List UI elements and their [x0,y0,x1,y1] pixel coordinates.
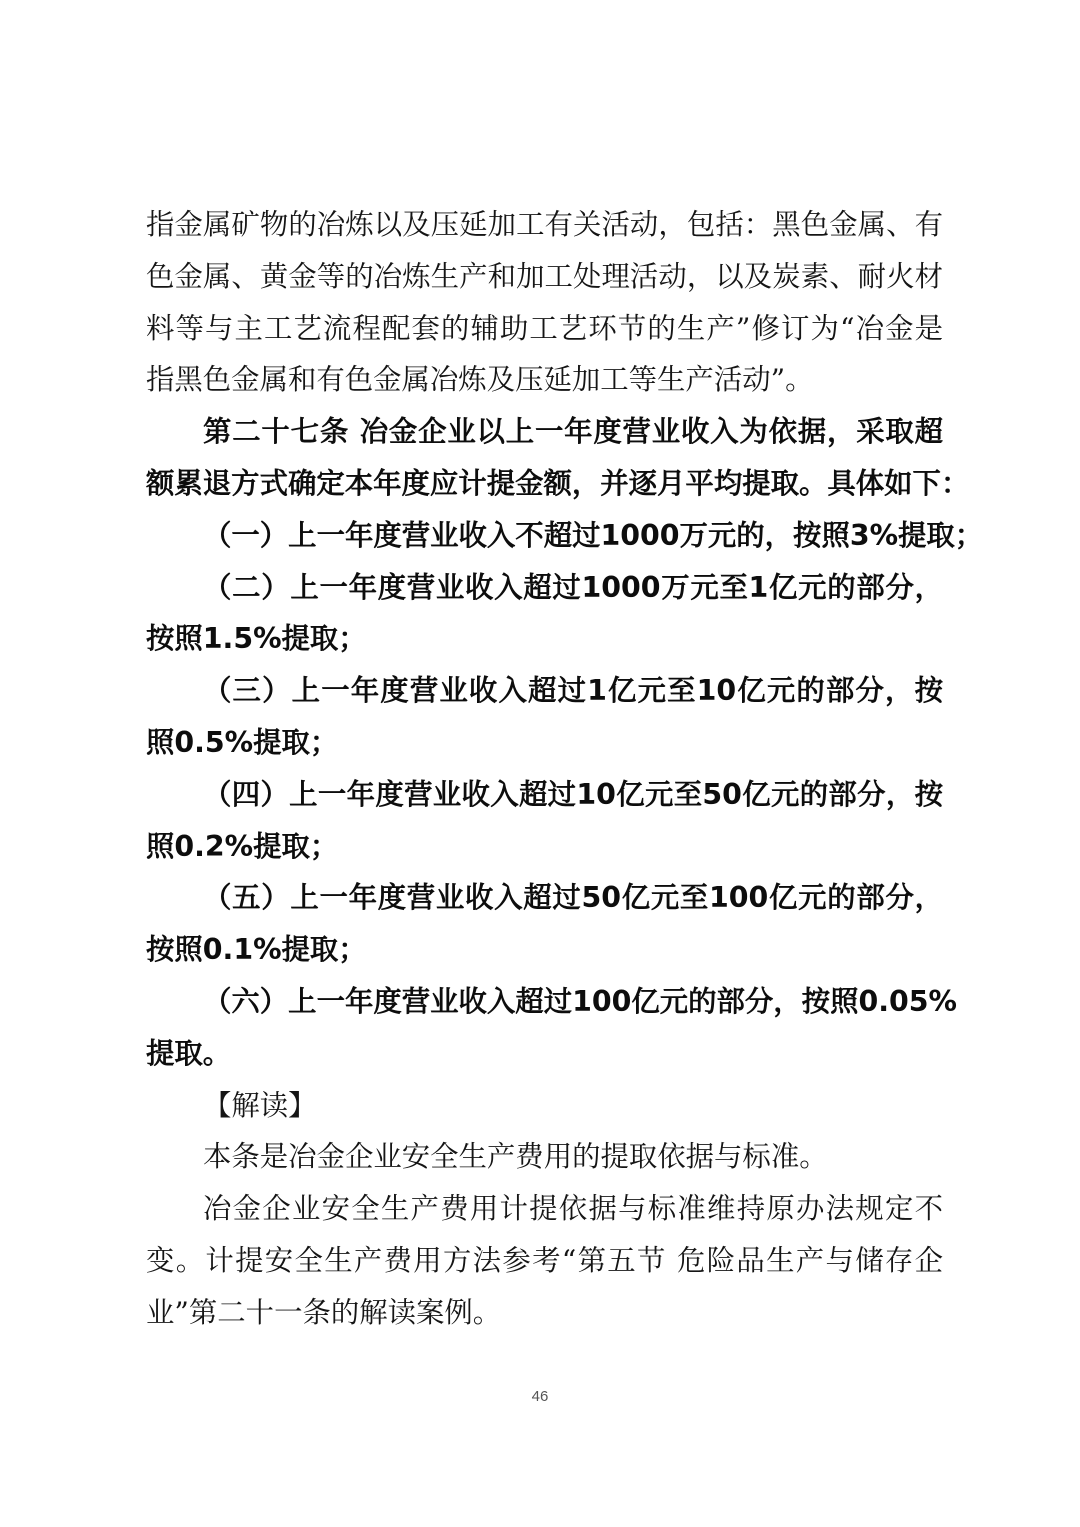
rate-item-4: （四）上一年度营业收入超过10亿元至50亿元的部分，按 照0.2%提取； [146,769,943,873]
article-second-line: 额累退方式确定本年度应计提金额，并逐月平均提取。具体如下： [146,458,943,510]
text-line: 变。计提安全生产费用方法参考“第五节 危险品生产与储存企 [146,1235,943,1287]
item-line: （六）上一年度营业收入超过100亿元的部分，按照0.05% [146,976,943,1028]
rate-item-1: （一）上一年度营业收入不超过1000万元的，按照3%提取； [146,510,943,562]
item-line: （三）上一年度营业收入超过1亿元至10亿元的部分，按 [146,665,943,717]
article-27-paragraph: 第二十七条 冶金企业以上一年度营业收入为依据，采取超 额累退方式确定本年度应计提… [146,406,943,510]
text-line: 指黑色金属和有色金属冶炼及压延加工等生产活动”。 [146,354,943,406]
text-line: 业”第二十一条的解读案例。 [146,1287,943,1339]
page-number: 46 [0,1388,1080,1405]
text-line: 冶金企业安全生产费用计提依据与标准维持原办法规定不 [146,1183,943,1235]
item-line: 按照1.5%提取； [146,613,943,665]
rate-item-3: （三）上一年度营业收入超过1亿元至10亿元的部分，按 照0.5%提取； [146,665,943,769]
item-line: （一）上一年度营业收入不超过1000万元的，按照3%提取； [146,510,943,562]
article-first-line: 第二十七条 冶金企业以上一年度营业收入为依据，采取超 [146,406,943,458]
item-line: 提取。 [146,1028,943,1080]
text-line: 本条是冶金企业安全生产费用的提取依据与标准。 [146,1131,943,1183]
continuation-paragraph: 指金属矿物的冶炼以及压延加工有关活动，包括：黑色金属、有 色金属、黄金等的冶炼生… [146,199,943,406]
interpretation-paragraph-1: 本条是冶金企业安全生产费用的提取依据与标准。 [146,1131,943,1183]
item-line: 照0.5%提取； [146,717,943,769]
interpretation-paragraph-2: 冶金企业安全生产费用计提依据与标准维持原办法规定不 变。计提安全生产费用方法参考… [146,1183,943,1338]
text-line: 色金属、黄金等的冶炼生产和加工处理活动，以及炭素、耐火材 [146,251,943,303]
item-line: （五）上一年度营业收入超过50亿元至100亿元的部分， [146,872,943,924]
text-line: 指金属矿物的冶炼以及压延加工有关活动，包括：黑色金属、有 [146,199,943,251]
item-line: （二）上一年度营业收入超过1000万元至1亿元的部分， [146,562,943,614]
item-line: 按照0.1%提取； [146,924,943,976]
interpretation-heading: 【解读】 [146,1080,943,1132]
rate-item-6: （六）上一年度营业收入超过100亿元的部分，按照0.05% 提取。 [146,976,943,1080]
item-line: （四）上一年度营业收入超过10亿元至50亿元的部分，按 [146,769,943,821]
item-line: 照0.2%提取； [146,821,943,873]
document-page: 指金属矿物的冶炼以及压延加工有关活动，包括：黑色金属、有 色金属、黄金等的冶炼生… [146,199,943,1339]
rate-item-2: （二）上一年度营业收入超过1000万元至1亿元的部分， 按照1.5%提取； [146,562,943,666]
text-line: 料等与主工艺流程配套的辅助工艺环节的生产”修订为“冶金是 [146,303,943,355]
rate-item-5: （五）上一年度营业收入超过50亿元至100亿元的部分， 按照0.1%提取； [146,872,943,976]
